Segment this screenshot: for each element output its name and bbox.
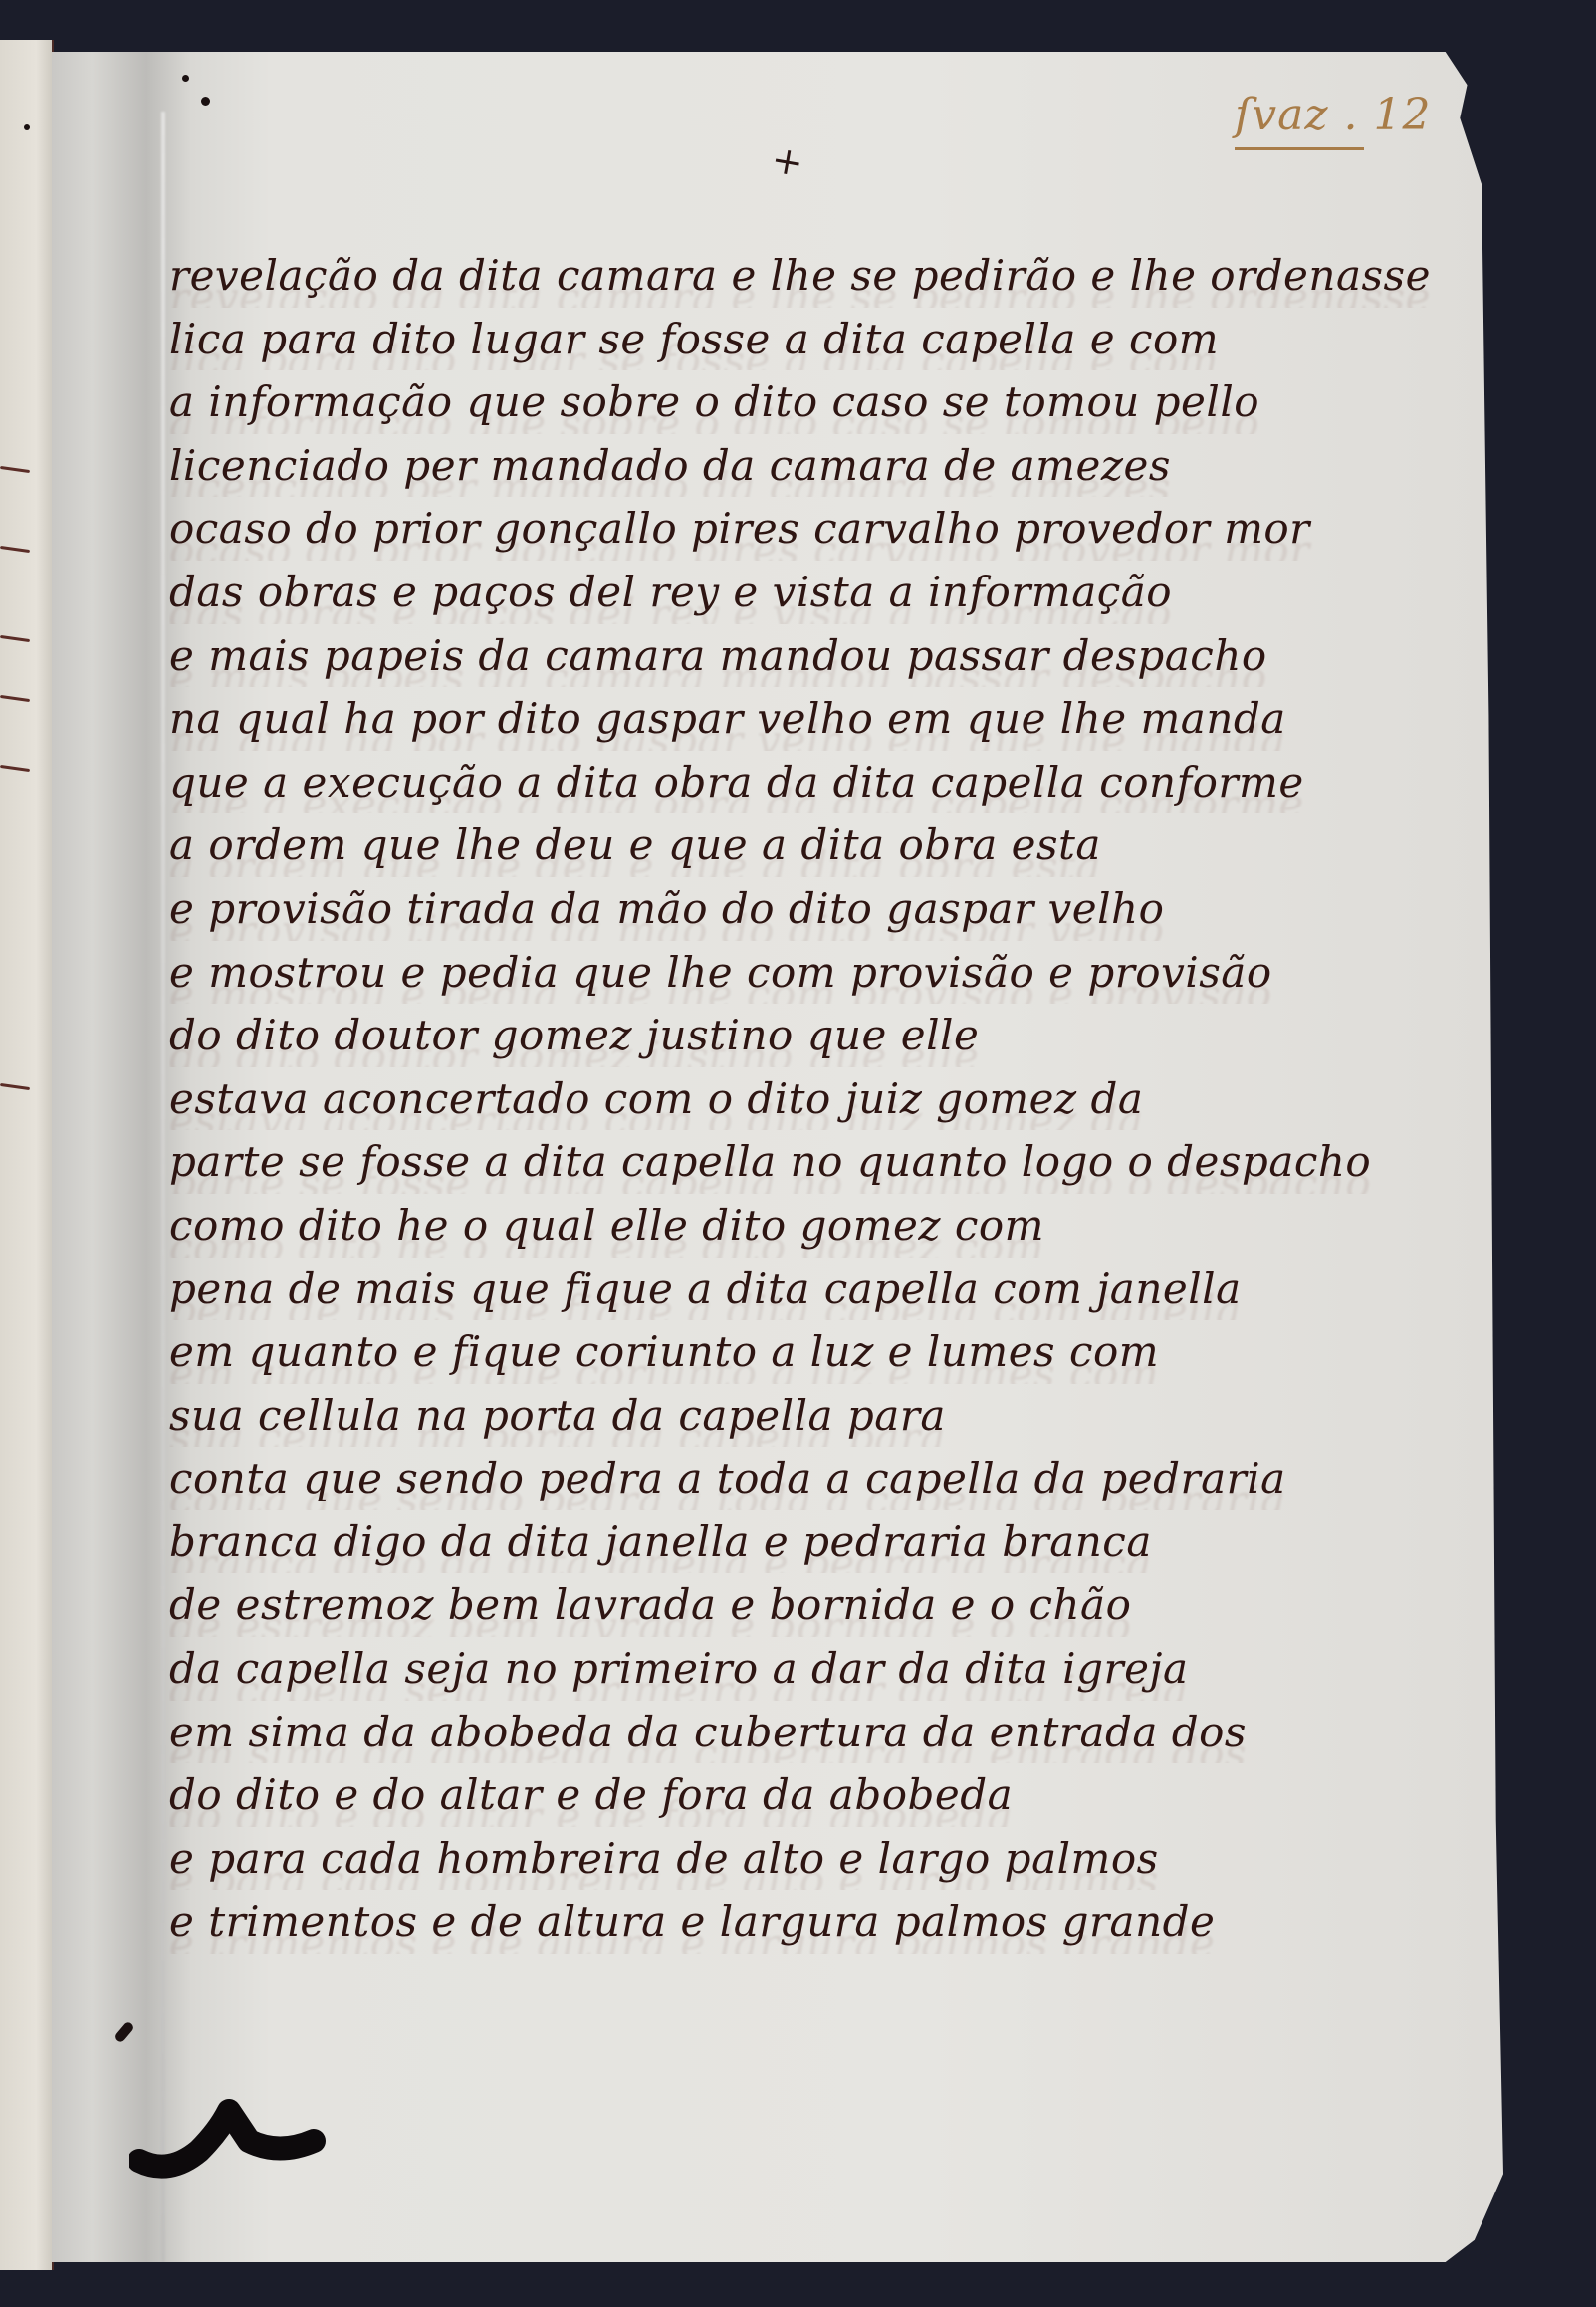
manuscript-text: revelação da dita camara e lhe se pedirã… [169, 244, 1493, 1954]
text-line: estava aconcertado com o dito juiz gomez… [169, 1067, 1493, 1131]
margin-tick [0, 546, 30, 553]
folio-underline [1235, 147, 1364, 150]
text-line: a informação que sobre o dito caso se to… [169, 370, 1493, 434]
text-line: parte se fosse a dita capella no quanto … [169, 1130, 1493, 1194]
text-line: a ordem que lhe deu e que a dita obra es… [169, 813, 1493, 877]
text-line: na qual ha por dito gaspar velho em que … [169, 687, 1493, 751]
margin-tick [0, 466, 30, 473]
text-line: ocaso do prior gonçallo pires carvalho p… [169, 497, 1493, 561]
text-line: em sima da abobeda da cubertura da entra… [169, 1701, 1493, 1764]
margin-tick [0, 635, 30, 642]
gutter-crease [161, 112, 165, 2302]
text-line: e trimentos e de altura e largura palmos… [169, 1890, 1493, 1954]
wormhole [201, 97, 210, 106]
text-line: sua cellula na porta da capella para [169, 1384, 1493, 1448]
text-line: lica para dito lugar se fosse a dita cap… [169, 308, 1493, 371]
wormhole [182, 75, 189, 82]
wormhole [24, 124, 30, 130]
paraph-ink-flourish-icon [129, 2096, 339, 2186]
text-line: da capella seja no primeiro a dar da dit… [169, 1637, 1493, 1701]
text-line: como dito he o qual elle dito gomez com [169, 1194, 1493, 1258]
text-line: revelação da dita camara e lhe se pedirã… [169, 244, 1493, 308]
text-line: e mostrou e pedia que lhe com provisão e… [169, 941, 1493, 1005]
text-line: pena de mais que fique a dita capella co… [169, 1258, 1493, 1321]
text-line: branca digo da dita janella e pedraria b… [169, 1510, 1493, 1574]
adjacent-left-page [0, 40, 54, 2270]
text-line: conta que sendo pedra a toda a capella d… [169, 1447, 1493, 1510]
text-line: das obras e paços del rey e vista a info… [169, 561, 1493, 624]
text-line: que a execução a dita obra da dita capel… [169, 751, 1493, 814]
text-line: de estremoz bem lavrada e bornida e o ch… [169, 1573, 1493, 1637]
folio-annotation: ſvaz . 12 [1235, 90, 1432, 140]
text-line: em quanto e fique coriunto a luz e lumes… [169, 1320, 1493, 1384]
margin-tick [0, 695, 30, 702]
text-line: e mais papeis da camara mandou passar de… [169, 624, 1493, 688]
margin-tick [0, 765, 30, 772]
folio-number: ſvaz . 12 [1235, 90, 1432, 140]
text-line: e para cada hombreira de alto e largo pa… [169, 1827, 1493, 1891]
text-line: do dito e do altar e de fora da abobeda [169, 1763, 1493, 1827]
text-line: licenciado per mandado da camara de amez… [169, 434, 1493, 498]
text-line: e provisão tirada da mão do dito gaspar … [169, 877, 1493, 941]
text-line: do dito doutor gomez justino que elle [169, 1004, 1493, 1067]
margin-tick [0, 1083, 30, 1090]
